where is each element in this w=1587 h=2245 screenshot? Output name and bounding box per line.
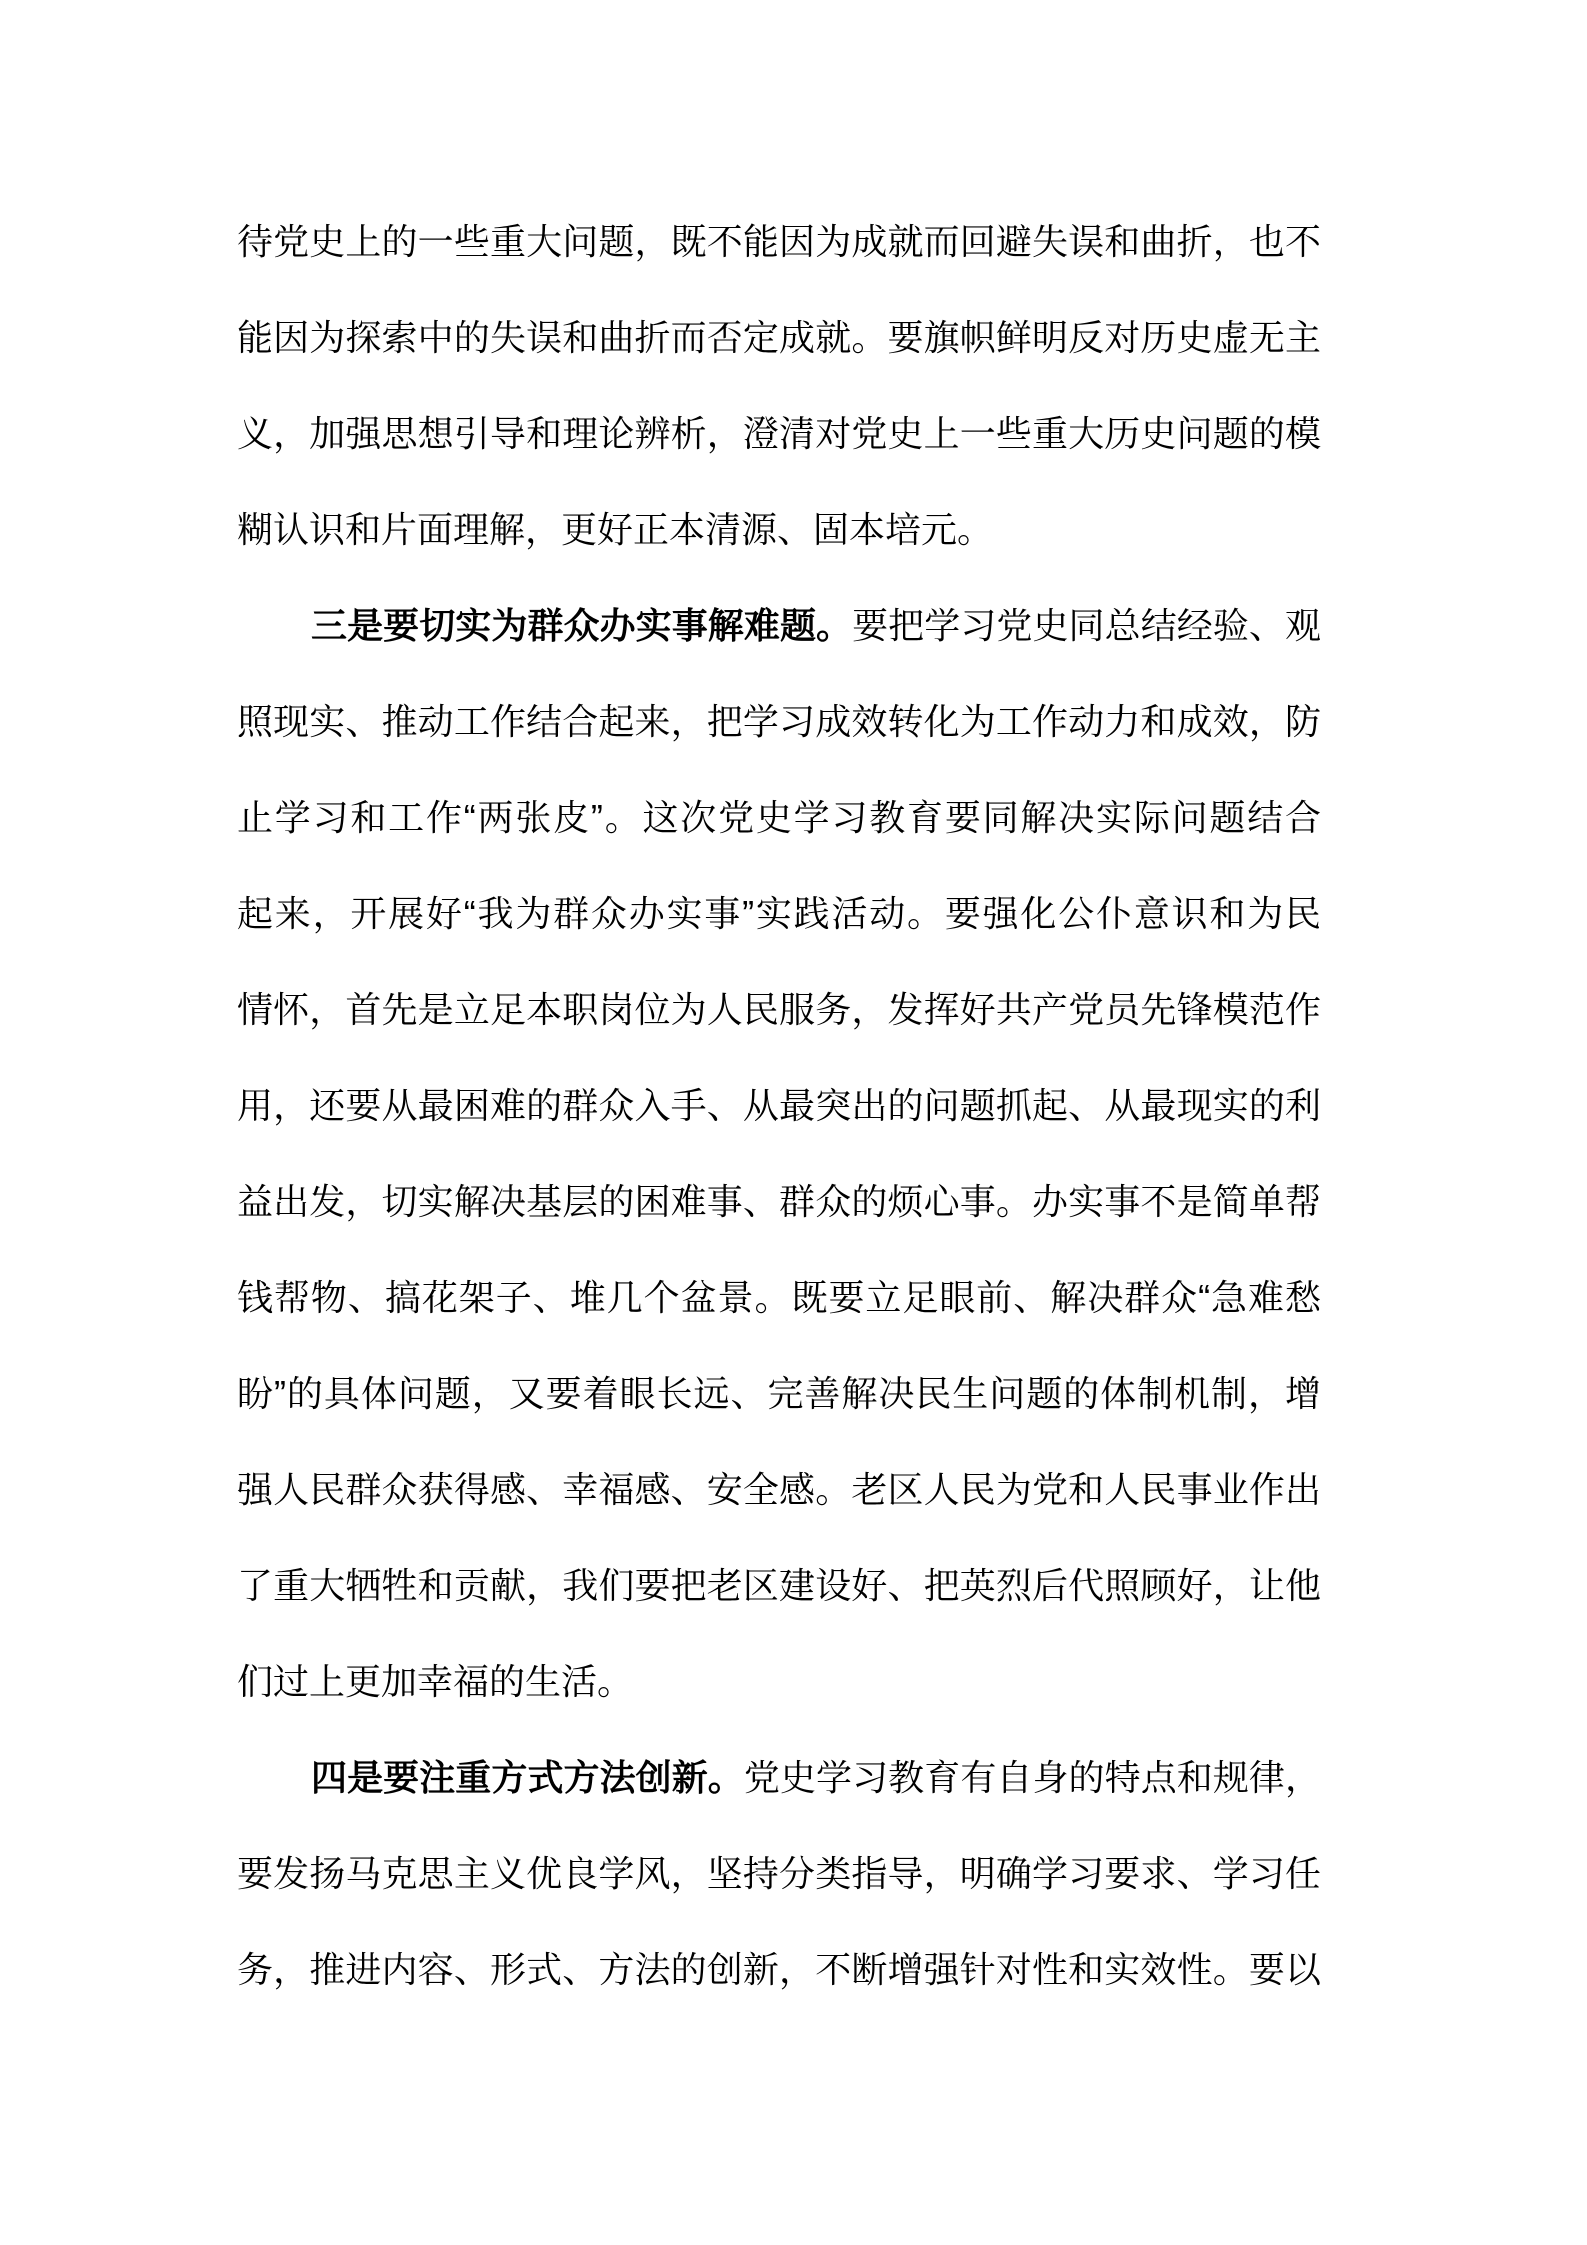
- text-line-paragraph-start: 三是要切实为群众办实事解难题。要把学习党史同总结经验、观: [237, 578, 1321, 674]
- text-line: 照现实、推动工作结合起来，把学习成效转化为工作动力和成效，防: [237, 674, 1321, 770]
- text-line: 益出发，切实解决基层的困难事、群众的烦心事。办实事不是简单帮: [237, 1154, 1321, 1250]
- text-line: 能因为探索中的失误和曲折而否定成就。要旗帜鲜明反对历史虚无主: [237, 290, 1321, 386]
- text-line-paragraph-start: 四是要注重方式方法创新。党史学习教育有自身的特点和规律，: [237, 1730, 1321, 1826]
- text-line: 务，推进内容、形式、方法的创新，不断增强针对性和实效性。要以: [237, 1922, 1321, 2018]
- text-line: 强人民群众获得感、幸福感、安全感。老区人民为党和人民事业作出: [237, 1442, 1321, 1538]
- text-line-paragraph-end: 们过上更加幸福的生活。: [237, 1634, 1321, 1730]
- paragraph-lead-bold: 三是要切实为群众办实事解难题。: [311, 605, 852, 646]
- text-line: 待党史上的一些重大问题，既不能因为成就而回避失误和曲折，也不: [237, 194, 1321, 290]
- document-text-block: 待党史上的一些重大问题，既不能因为成就而回避失误和曲折，也不 能因为探索中的失误…: [237, 194, 1321, 2018]
- text-line: 止学习和工作“两张皮”。这次党史学习教育要同解决实际问题结合: [237, 770, 1321, 866]
- text-line: 要发扬马克思主义优良学风，坚持分类指导，明确学习要求、学习任: [237, 1826, 1321, 1922]
- text-line: 起来，开展好“我为群众办实事”实践活动。要强化公仆意识和为民: [237, 866, 1321, 962]
- paragraph-lead-bold: 四是要注重方式方法创新。: [311, 1757, 744, 1798]
- paragraph-lead-rest: 党史学习教育有自身的特点和规律，: [744, 1757, 1321, 1798]
- text-line: 钱帮物、搞花架子、堆几个盆景。既要立足眼前、解决群众“急难愁: [237, 1250, 1321, 1346]
- text-line: 情怀，首先是立足本职岗位为人民服务，发挥好共产党员先锋模范作: [237, 962, 1321, 1058]
- paragraph-lead-rest: 要把学习党史同总结经验、观: [852, 605, 1321, 646]
- text-line-paragraph-end: 糊认识和片面理解，更好正本清源、固本培元。: [237, 482, 1321, 578]
- text-line: 了重大牺牲和贡献，我们要把老区建设好、把英烈后代照顾好，让他: [237, 1538, 1321, 1634]
- document-page: 待党史上的一些重大问题，既不能因为成就而回避失误和曲折，也不 能因为探索中的失误…: [0, 0, 1587, 2245]
- text-line: 用，还要从最困难的群众入手、从最突出的问题抓起、从最现实的利: [237, 1058, 1321, 1154]
- text-line: 义，加强思想引导和理论辨析，澄清对党史上一些重大历史问题的模: [237, 386, 1321, 482]
- text-line: 盼”的具体问题，又要着眼长远、完善解决民生问题的体制机制，增: [237, 1346, 1321, 1442]
